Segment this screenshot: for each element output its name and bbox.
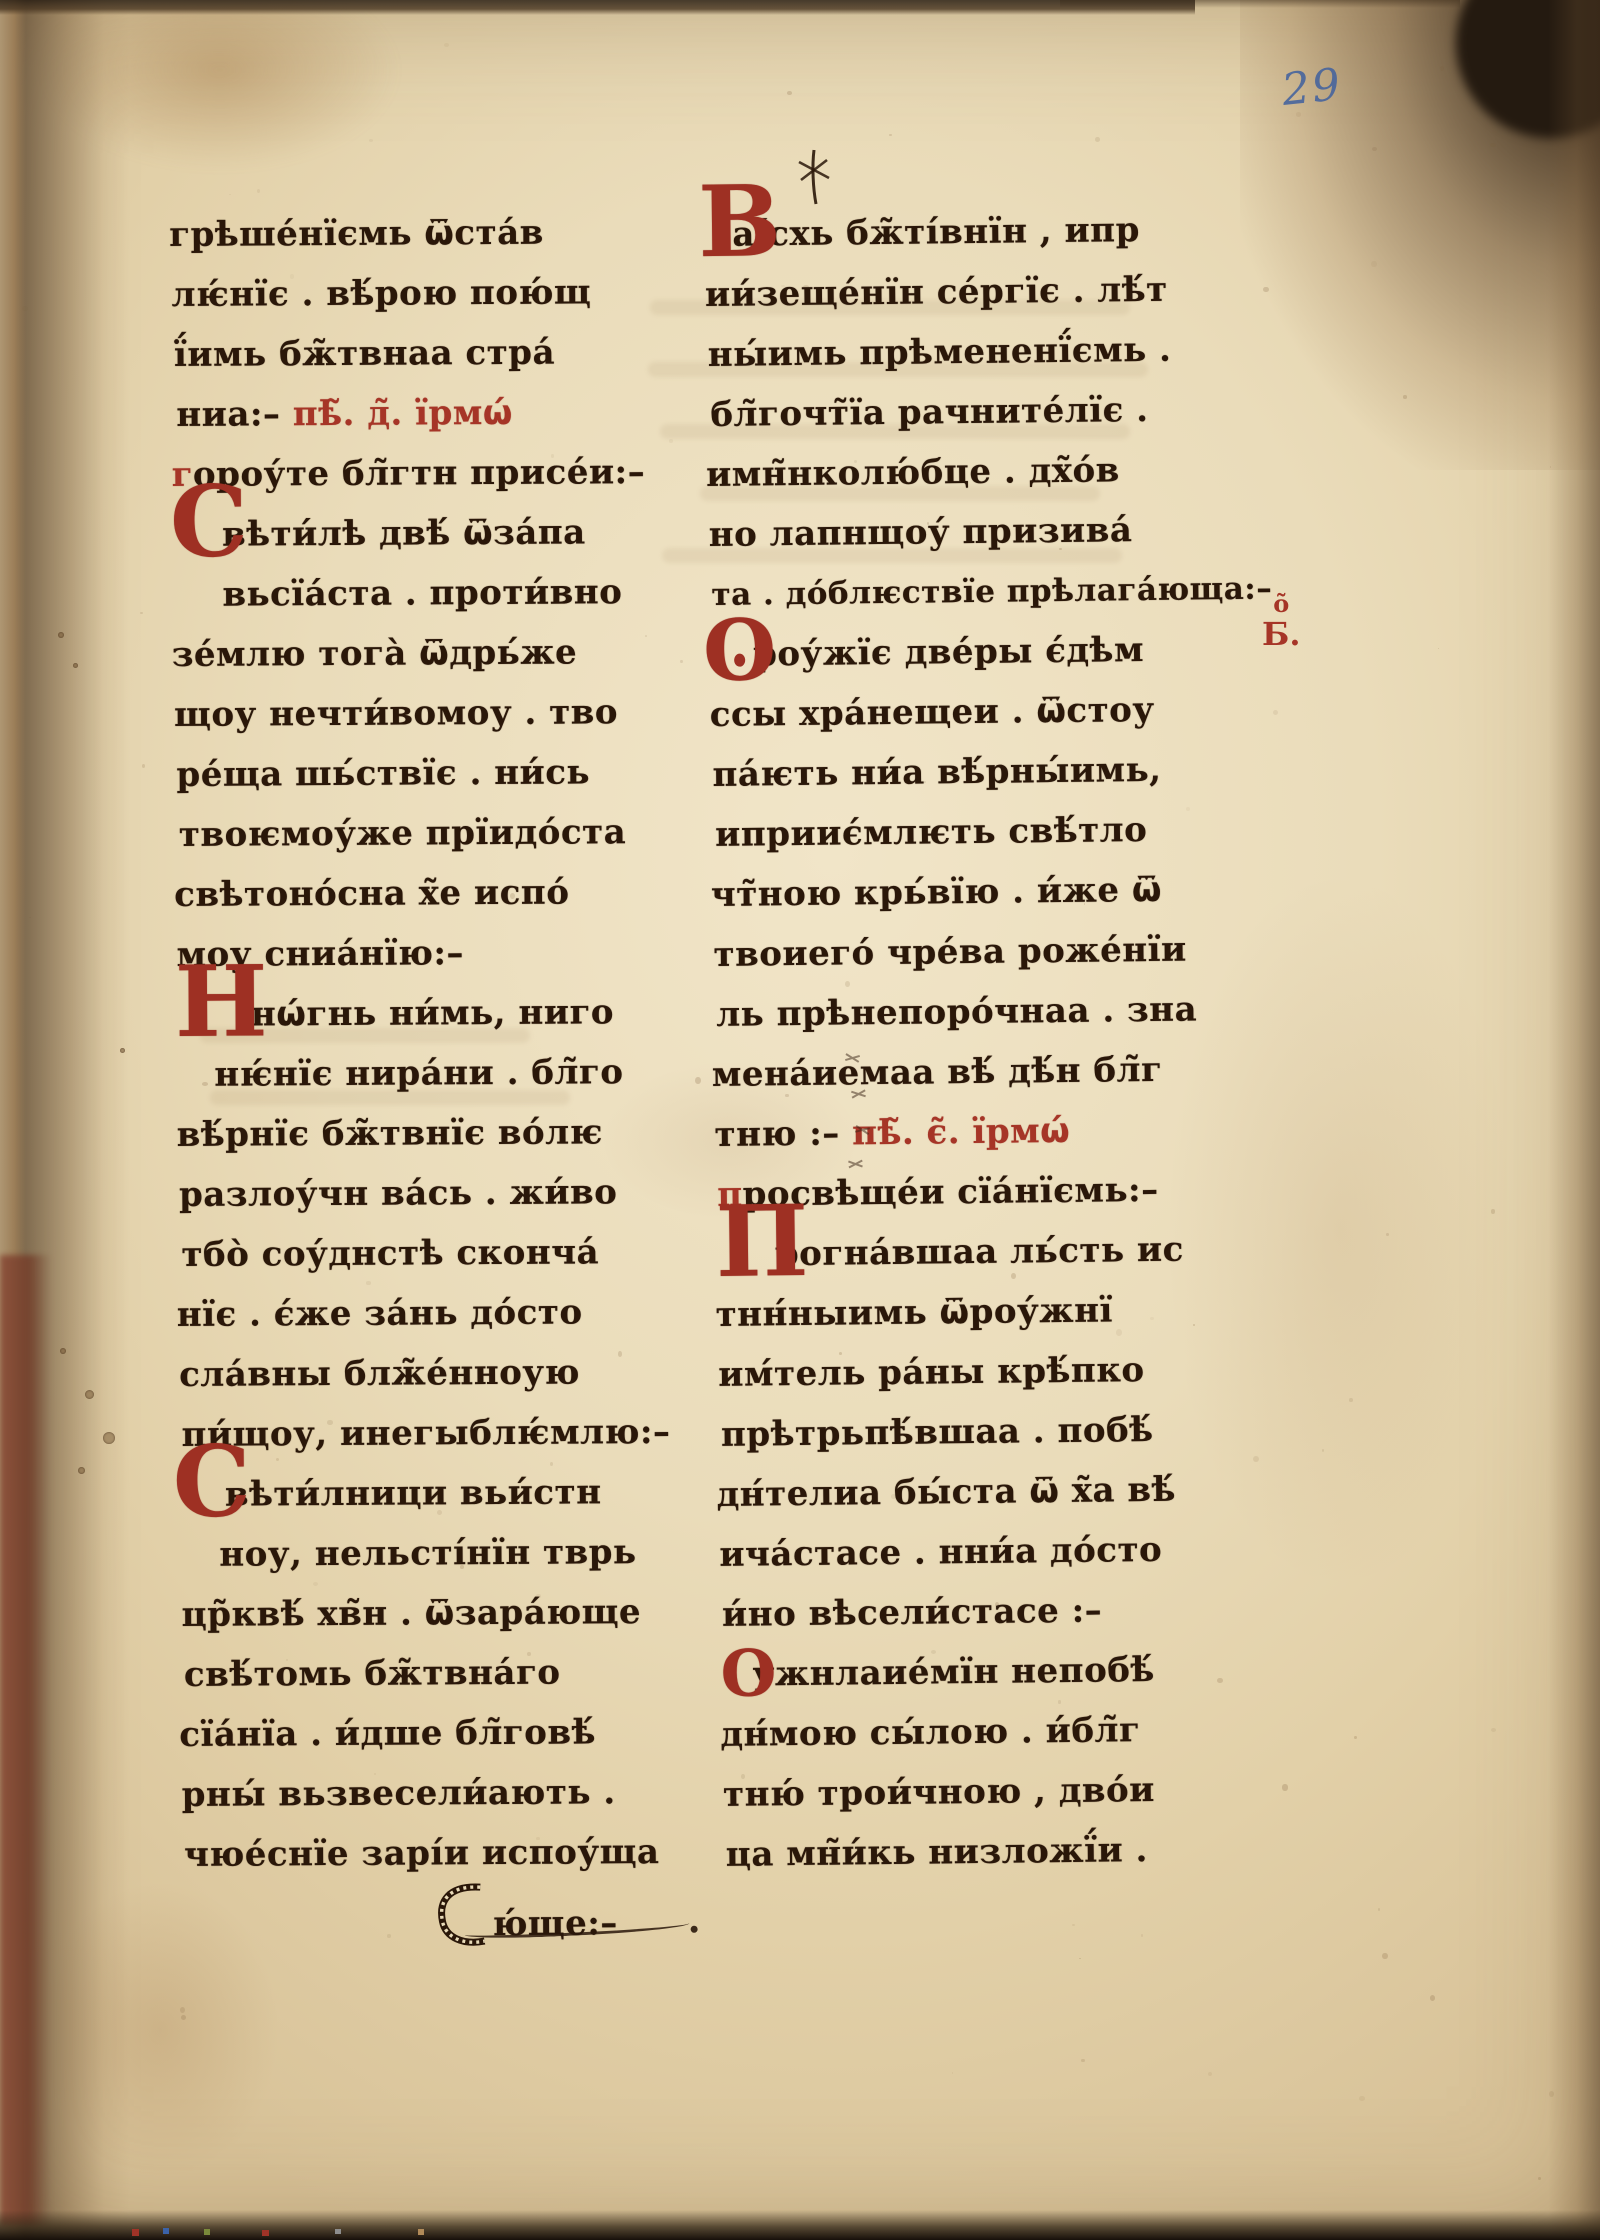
- manuscript-line: ца мн̃и́кь низложї́и .: [725, 1819, 1287, 1885]
- body-text: ре́ща шь́ствїє . ни́сь: [176, 752, 590, 795]
- body-text: твоѥмоу́же прїидо́ста: [179, 812, 627, 855]
- speckle: [1403, 395, 1408, 399]
- manuscript-line: твоѥмоу́же прїидо́ста: [179, 802, 667, 865]
- worm-hole: [85, 1390, 94, 1399]
- manuscript-line: иприиє́млѥть свѣ́тло: [715, 799, 1276, 865]
- manuscript-line: тнн́ныимь ѿроу́жнї: [715, 1279, 1281, 1345]
- body-text: нѥ́нїє нира́ни . бл̃го: [214, 1052, 623, 1094]
- manuscript-line: мена́иемаа вѣ́ дѣ́н бл̃г: [712, 1039, 1279, 1105]
- manuscript-line: тбо̀ соу́днстѣ сконча́: [181, 1222, 669, 1285]
- speckle: [22, 1834, 24, 1836]
- scan-fleck: [262, 2230, 269, 2236]
- illuminated-initial: О: [703, 622, 777, 679]
- manuscript-line: тню :– пѣ̃. є̃. їрмѡ́: [714, 1099, 1279, 1165]
- body-text: рны́ вьзвесели́ають .: [182, 1772, 616, 1815]
- body-text: свѣтоно́сна х̃е испо́: [174, 873, 569, 915]
- body-text: у́жнлаие́мїн непобѣ́: [752, 1650, 1155, 1695]
- body-text: ниа:–: [176, 394, 293, 435]
- scan-edge-bottom: [0, 2210, 1600, 2240]
- body-text: чюе́снїе зарі́и испоу́ща: [184, 1832, 660, 1875]
- manuscript-line: пи́щоу, инегыблѥ́млю:–: [181, 1402, 670, 1465]
- speckle: [1438, 648, 1440, 649]
- left-text-column: грѣше́нїємь ѿста́влѥ́нїє . вѣ́рою пою́щї…: [172, 202, 674, 1945]
- manuscript-line: Оу́жнлаие́мїн непобѣ́: [752, 1639, 1285, 1705]
- scribal-cross-mark-icon: [793, 148, 835, 206]
- manuscript-line: ре́ща шь́ствїє . ни́сь: [176, 742, 666, 805]
- manuscript-line: чт̃ною крь́вїю . и́же ѿ: [710, 859, 1276, 925]
- manuscript-line: Прогна́вшаа ль́сть ис: [775, 1219, 1281, 1285]
- body-text: чт̃ною крь́вїю . и́же ѿ: [711, 870, 1163, 915]
- manuscript-line: вьсїа́ста . проти́вно: [222, 562, 665, 625]
- worm-hole: [73, 663, 78, 668]
- speckle: [1208, 2072, 1212, 2076]
- body-text: ии́зеще́нїн се́ргїє . лѣ́т: [705, 270, 1168, 315]
- speckle: [669, 439, 673, 444]
- worm-hole: [103, 1432, 115, 1444]
- speckle: [1072, 1924, 1075, 1926]
- body-text: но лапнщоу́ призива́: [709, 510, 1133, 555]
- speckle: [680, 660, 683, 664]
- manuscript-line: Ваі́схь бж̃ті́внїн , ипр: [732, 199, 1269, 265]
- body-text: зе́млю тога̀ ѿдрь́же: [172, 633, 578, 675]
- manuscript-line: и́но вѣсели́стасе :–: [722, 1579, 1285, 1645]
- body-text: тню́ трои́чною , дво́и: [723, 1770, 1155, 1815]
- stain-top-left: [40, 0, 400, 170]
- body-text: имн̃нколю́бце . дх̃о́в: [706, 450, 1120, 495]
- speckle: [1549, 2091, 1554, 2097]
- body-text: пи́щоу, инегыблѥ́млю:–: [181, 1412, 670, 1455]
- binding-leather-edge: [0, 1255, 52, 2226]
- illuminated-initial: В: [698, 194, 782, 251]
- illuminated-initial: Н: [175, 974, 268, 1031]
- body-text: ороу́те бл̃гтн присе́и:–: [193, 452, 645, 495]
- speckle: [1371, 261, 1376, 267]
- body-text: вѣти́лѣ двѣ́ ѿза́па: [222, 512, 586, 554]
- body-text: роу́жїє две́ры є́дѣм: [753, 630, 1144, 674]
- manuscript-line: грѣше́нїємь ѿста́в: [169, 202, 663, 265]
- scan-fleck: [132, 2229, 139, 2236]
- speckle: [1322, 1449, 1324, 1452]
- body-text: сїа́нїа . и́дше бл̃говѣ́: [179, 1712, 596, 1755]
- manuscript-line: им́тель ра́ны крѣ́пко: [718, 1339, 1282, 1405]
- body-text: вѣ́рнїє бж̃твнїє во́лѥ: [177, 1112, 603, 1155]
- speckle: [952, 2072, 954, 2073]
- manuscript-line: ссы хра́нещеи . ѿстоу: [709, 679, 1274, 745]
- body-text: лѥ́нїє . вѣ́рою пою́щ: [171, 272, 591, 315]
- body-text: ї́имь бж̃твнаа стра́: [174, 333, 555, 375]
- body-text: вьсїа́ста . проти́вно: [222, 572, 622, 614]
- speckle: [29, 917, 31, 918]
- body-text: тбо̀ соу́днстѣ сконча́: [181, 1232, 599, 1275]
- manuscript-line: ю́ще:–: [434, 1882, 673, 1943]
- body-text: им́тель ра́ны крѣ́пко: [718, 1350, 1145, 1395]
- manuscript-line: прѣтрьпѣ́вшаа . побѣ́: [721, 1399, 1283, 1465]
- speckle: [1491, 1209, 1496, 1214]
- body-text: нїє . є́же за́нь до́сто: [177, 1293, 583, 1335]
- manuscript-line: сїа́нїа . и́дше бл̃говѣ́: [179, 1702, 672, 1765]
- body-text: разлоу́чн ва́сь . жи́во: [179, 1172, 618, 1215]
- body-text: аі́схь бж̃ті́внїн , ипр: [732, 210, 1140, 255]
- speckle: [1440, 66, 1444, 71]
- body-text: вѣти́лници вьи́стн: [225, 1472, 602, 1514]
- body-text: сла́вны блж̃е́нноую: [179, 1353, 580, 1395]
- speckle: [1378, 1908, 1381, 1911]
- body-text: тнн́ныимь ѿроу́жнї: [715, 1290, 1113, 1335]
- speckle: [1079, 1958, 1081, 1960]
- speckle: [1491, 1728, 1496, 1732]
- manuscript-line: щоу нечти́вомоу . тво: [174, 682, 666, 745]
- illuminated-initial: С: [170, 495, 249, 551]
- rubric-text: пѣ̃. д̃. їрмѡ́: [293, 393, 513, 434]
- margin-note-letter: Б.: [1262, 618, 1300, 650]
- margin-note: о̃ Б.: [1262, 592, 1300, 650]
- worm-hole: [120, 1048, 125, 1053]
- right-page-edge: [1548, 0, 1600, 2240]
- speckle: [1359, 2096, 1365, 2101]
- manuscript-line: сла́вны блж̃е́нноую: [179, 1342, 670, 1405]
- speckle: [1550, 466, 1552, 468]
- body-text: дн́мою сы́лою . и́бл̃г: [720, 1710, 1140, 1755]
- speckle: [444, 43, 449, 47]
- body-text: и́но вѣсели́стасе :–: [722, 1591, 1103, 1635]
- scan-edge-top-right: [1060, 0, 1460, 8]
- speckle: [1372, 147, 1377, 151]
- body-text: па́ѥть ни́а вѣ́рны́имь,: [712, 750, 1161, 795]
- manuscript-line: свѣтоно́сна х̃е испо́: [174, 862, 667, 925]
- body-text: прѣтрьпѣ́вшаа . побѣ́: [721, 1410, 1154, 1455]
- manuscript-line: разлоу́чн ва́сь . жи́во: [179, 1162, 669, 1225]
- manuscript-line: рны́ вьзвесели́ають .: [182, 1762, 673, 1825]
- manuscript-line: ноу, нельсті́нїн тврь: [219, 1522, 671, 1585]
- speckle: [1386, 1233, 1389, 1236]
- body-text: бл̃гочт̃їа рачните́лїє .: [710, 390, 1149, 435]
- manuscript-line: Ороу́жїє две́ры є́дѣм: [753, 619, 1274, 685]
- speckle: [1349, 1398, 1353, 1402]
- body-text: иприиє́млѥть свѣ́тло: [715, 810, 1148, 855]
- manuscript-line: тню́ трои́чною , дво́и: [723, 1759, 1287, 1825]
- manuscript-page: 29 грѣше́нїємь ѿста́влѥ́нїє . вѣ́рою пою…: [0, 0, 1600, 2240]
- worm-hole: [58, 632, 64, 638]
- body-text: щоу нечти́вомоу . тво: [174, 692, 618, 735]
- body-text: цр̃квѣ́ хв̃н . ѿзара́юще: [181, 1592, 641, 1635]
- speckle: [140, 612, 142, 614]
- body-text: ича́стасе . нни́а до́сто: [719, 1530, 1162, 1575]
- body-text: мена́иемаа вѣ́ дѣ́н бл̃г: [712, 1050, 1163, 1095]
- scan-fleck: [163, 2228, 169, 2234]
- scan-fleck: [418, 2229, 424, 2235]
- binding-gutter-shadow: [0, 0, 130, 2240]
- manuscript-line: ны́имь прѣмененї́ємь .: [707, 319, 1270, 385]
- speckle: [22, 306, 28, 311]
- body-text: ноу, нельсті́нїн тврь: [219, 1532, 637, 1575]
- manuscript-line: лѥ́нїє . вѣ́рою пою́щ: [171, 262, 663, 325]
- manuscript-line: дн́мою сы́лою . и́бл̃г: [720, 1699, 1286, 1765]
- body-text: свѣ́томь бж̃твна́го: [184, 1653, 561, 1695]
- speckle: [787, 91, 792, 95]
- speckle: [369, 139, 373, 142]
- manuscript-line: бл̃гочт̃їа рачните́лїє .: [710, 379, 1271, 445]
- manuscript-line: ї́имь бж̃твнаа стра́: [174, 322, 664, 385]
- speckle: [889, 134, 891, 137]
- speckle: [1141, 1934, 1144, 1936]
- body-text: ссы хра́нещеи . ѿстоу: [710, 690, 1155, 735]
- worm-hole: [60, 1348, 66, 1354]
- manuscript-line: твоиего́ чре́ва роже́нїи: [713, 919, 1277, 985]
- scan-fleck: [204, 2229, 210, 2235]
- speckle: [1490, 143, 1496, 147]
- illuminated-initial: П: [715, 1214, 809, 1271]
- manuscript-line: та . до́блѥствїе прѣлага́юща:–: [711, 559, 1273, 625]
- speckle: [257, 189, 260, 193]
- illuminated-initial: С: [173, 1455, 252, 1511]
- body-text: грѣше́нїємь ѿста́в: [169, 213, 544, 255]
- manuscript-line: ии́зеще́нїн се́ргїє . лѣ́т: [705, 259, 1270, 325]
- scan-edge-top: [0, 0, 1195, 15]
- speckle: [1538, 2177, 1541, 2180]
- body-text: нѡ́гнь ни́мь, ниго: [251, 992, 614, 1034]
- manuscript-line: дн́телиа бы́ста ѿ х̃а вѣ́: [716, 1459, 1283, 1525]
- manuscript-line: Свѣти́лници вьи́стн: [225, 1462, 671, 1525]
- speckle: [229, 194, 231, 195]
- speckle: [1081, 2059, 1085, 2063]
- manuscript-line: имн̃нколю́бце . дх̃о́в: [706, 439, 1272, 505]
- manuscript-line: свѣ́томь бж̃твна́го: [184, 1642, 672, 1705]
- manuscript-line: ниа:– пѣ̃. д̃. їрмѡ́: [176, 382, 664, 445]
- body-text: дн́телиа бы́ста ѿ х̃а вѣ́: [716, 1470, 1176, 1515]
- body-text: твоиего́ чре́ва роже́нїи: [713, 930, 1187, 975]
- speckle: [1550, 183, 1554, 186]
- speckle: [695, 1077, 701, 1085]
- page-corner-shadow: [1456, 0, 1600, 138]
- manuscript-line: Свѣти́лѣ двѣ́ ѿза́па: [222, 502, 665, 565]
- speckle: [1430, 1995, 1435, 2001]
- manuscript-line: чюе́снїе зарі́и испоу́ща: [184, 1822, 673, 1885]
- manuscript-line: па́ѥть ни́а вѣ́рны́имь,: [712, 739, 1275, 805]
- catchword-bracket-icon: [434, 1883, 486, 1947]
- manuscript-line: вѣ́рнїє бж̃твнїє во́лѥ: [176, 1102, 668, 1165]
- folio-number: 29: [1279, 59, 1344, 116]
- speckle: [1382, 1953, 1388, 1960]
- manuscript-line: нѥ́нїє нира́ни . бл̃го: [214, 1042, 668, 1105]
- manuscript-line: зе́млю тога̀ ѿдрь́же: [172, 622, 666, 685]
- manuscript-line: ича́стасе . нни́а до́сто: [719, 1519, 1284, 1585]
- body-text: тню :–: [714, 1113, 852, 1155]
- speckle: [180, 2007, 185, 2013]
- left-page-edge: [0, 0, 26, 2240]
- body-text: ны́имь прѣмененї́ємь .: [707, 330, 1171, 375]
- body-text: рогна́вшаа ль́сть ис: [775, 1230, 1184, 1275]
- scan-fleck: [335, 2229, 341, 2234]
- manuscript-line: цр̃квѣ́ хв̃н . ѿзара́юще: [181, 1582, 671, 1645]
- body-text: та . до́блѥствїе прѣлага́юща:–: [711, 571, 1272, 613]
- manuscript-line: но лапнщоу́ призива́: [708, 499, 1272, 565]
- worm-hole: [78, 1467, 85, 1474]
- rubric-text: пѣ̃. є̃. їрмѡ́: [852, 1111, 1071, 1153]
- manuscript-line: нїє . є́же за́нь до́сто: [177, 1282, 670, 1345]
- manuscript-line: ль прѣнепоро́чнаа . зна: [716, 979, 1278, 1045]
- manuscript-line: Ннѡ́гнь ни́мь, ниго: [251, 982, 668, 1045]
- margin-note-superscript: о̃: [1262, 592, 1300, 616]
- right-text-column: Ваі́схь бж̃ті́внїн , иприи́зеще́нїн се́р…: [705, 199, 1287, 1885]
- speckle: [142, 764, 145, 768]
- body-text: ль прѣнепоро́чнаа . зна: [716, 989, 1197, 1034]
- speckle: [1354, 1736, 1357, 1740]
- body-text: ца мн̃и́кь низложї́и .: [725, 1830, 1148, 1875]
- speckle: [1095, 137, 1100, 142]
- illuminated-initial: О: [720, 1646, 777, 1703]
- speckle: [181, 2015, 186, 2020]
